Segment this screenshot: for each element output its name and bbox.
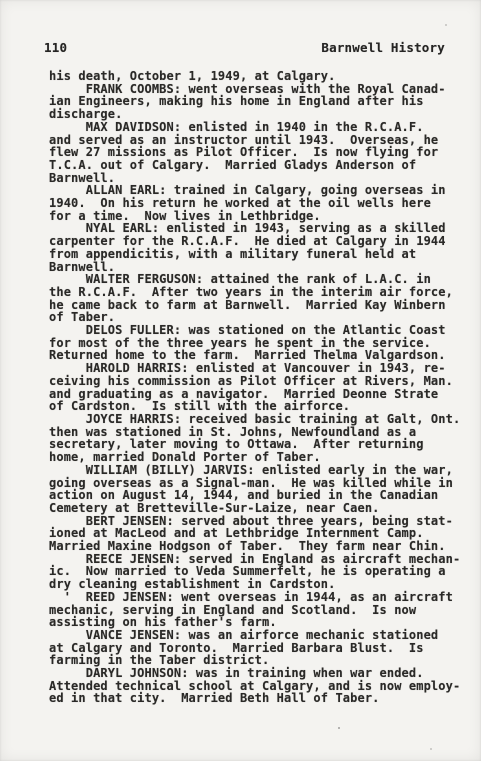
scan-speck <box>445 24 447 26</box>
page-number: 110 <box>44 40 67 55</box>
running-title: Barnwell History <box>321 40 445 55</box>
scanned-book-page: 110 Barnwell History his death, October … <box>0 0 481 761</box>
scan-speck <box>430 748 432 750</box>
scan-speck <box>338 727 340 729</box>
body-text: his death, October 1, 1949, at Calgary. … <box>49 70 460 705</box>
scan-speck <box>299 693 301 695</box>
page-header: 110 Barnwell History <box>44 40 445 55</box>
